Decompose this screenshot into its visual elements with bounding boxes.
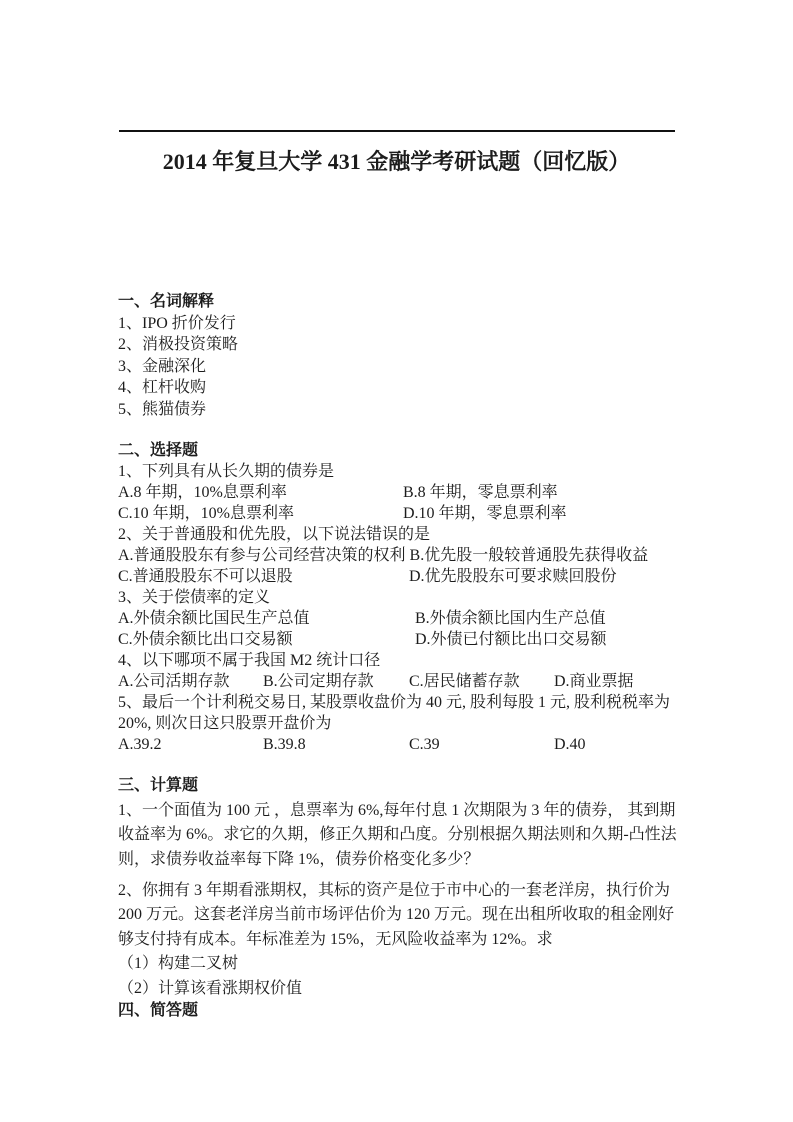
q2-stem: 2、关于普通股和优先股，以下说法错误的是 <box>118 524 678 545</box>
term-item: 1、IPO 折价发行 <box>118 313 678 335</box>
q5-stem-line-2: 20%, 则次日这只股票开盘价为 <box>118 713 678 734</box>
q4-options-row: A.公司活期存款 B.公司定期存款 C.居民储蓄存款 D.商业票据 <box>118 671 678 692</box>
calc-q2-line: 够支付持有成本。年标准差为 15%，无风险收益率为 12%。求 <box>118 928 678 953</box>
q4-option-c: C.居民储蓄存款 <box>409 671 520 692</box>
q4-stem: 4、以下哪项不属于我国 M2 统计口径 <box>118 650 678 671</box>
q1-options-row-1: A.8 年期，10%息票利率 B.8 年期，零息票利率 <box>118 482 678 503</box>
q2-options-ab: A.普通股股东有参与公司经营决策的权利 B.优先股一般较普通股先获得收益 <box>118 545 678 566</box>
q1-option-c: C.10 年期，10%息票利率 <box>118 505 294 522</box>
q1-options-row-2: C.10 年期，10%息票利率 D.10 年期，零息票利率 <box>118 503 678 524</box>
q5-option-d: D.40 <box>554 734 586 755</box>
q4-option-d: D.商业票据 <box>554 671 634 692</box>
q3-stem: 3、关于偿债率的定义 <box>118 587 678 608</box>
header-rule <box>119 130 675 132</box>
q1-option-a: A.8 年期，10%息票利率 <box>118 484 287 501</box>
calc-q2-subitem: （1）构建二叉树 <box>118 952 678 977</box>
calc-q1-line: 1、一个面值为 100 元 ，息票率为 6%,每年付息 1 次期限为 3 年的债… <box>118 799 678 824</box>
terms-section: 一、名词解释 1、IPO 折价发行 2、消极投资策略 3、金融深化 4、杠杆收购… <box>118 291 678 420</box>
q3-option-c: C.外债余额比出口交易额 <box>118 631 293 648</box>
short-answer-heading: 四、简答题 <box>118 1000 678 1022</box>
terms-heading: 一、名词解释 <box>118 291 678 313</box>
q5-stem-line-1: 5、最后一个计利税交易日, 某股票收盘价为 40 元, 股利每股 1 元, 股利… <box>118 692 678 713</box>
term-item: 3、金融深化 <box>118 356 678 378</box>
calc-q2-line: 2、你拥有 3 年期看涨期权，其标的资产是位于市中心的一套老洋房，执行价为 <box>118 879 678 904</box>
calc-q1-line: 则，求债券收益率每下降 1%，债券价格变化多少？ <box>118 848 678 873</box>
q5-option-c: C.39 <box>409 734 440 755</box>
term-item: 2、消极投资策略 <box>118 334 678 356</box>
choices-heading: 二、选择题 <box>118 440 678 461</box>
q4-option-b: B.公司定期存款 <box>263 671 374 692</box>
short-answer-section: 四、简答题 <box>118 1000 678 1022</box>
term-item: 4、杠杆收购 <box>118 377 678 399</box>
q2-options-row-2: C.普通股股东不可以退股 D.优先股股东可要求赎回股份 <box>118 566 678 587</box>
q3-option-d: D.外债已付额比出口交易额 <box>415 629 607 650</box>
q1-option-d: D.10 年期，零息票利率 <box>403 503 567 524</box>
q1-option-b: B.8 年期，零息票利率 <box>403 482 558 503</box>
q3-options-row-1: A.外债余额比国民生产总值 B.外债余额比国内生产总值 <box>118 608 678 629</box>
q5-option-b: B.39.8 <box>263 734 306 755</box>
calc-q1-line: 收益率为 6%。求它的久期，修正久期和凸度。分别根据久期法则和久期-凸性法 <box>118 823 678 848</box>
calc-q2-line: 200 万元。这套老洋房当前市场评估价为 120 万元。现在出租所收取的租金刚好 <box>118 903 678 928</box>
q3-option-a: A.外债余额比国民生产总值 <box>118 610 310 627</box>
calculations-heading: 三、计算题 <box>118 774 678 799</box>
q4-option-a: A.公司活期存款 <box>118 673 230 690</box>
choices-section: 二、选择题 1、下列具有从长久期的债券是 A.8 年期，10%息票利率 B.8 … <box>118 440 678 755</box>
q3-option-b: B.外债余额比国内生产总值 <box>415 608 606 629</box>
calculations-section: 三、计算题 1、一个面值为 100 元 ，息票率为 6%,每年付息 1 次期限为… <box>118 774 678 1001</box>
document-page: 2014 年复旦大学 431 金融学考研试题（回忆版） 一、名词解释 1、IPO… <box>0 0 793 1122</box>
q2-option-c: C.普通股股东不可以退股 <box>118 568 293 585</box>
q5-option-a: A.39.2 <box>118 736 162 753</box>
q2-option-d: D.优先股股东可要求赎回股份 <box>409 566 617 587</box>
q1-stem: 1、下列具有从长久期的债券是 <box>118 461 678 482</box>
calc-q2-subitem: （2）计算该看涨期权价值 <box>118 977 678 1002</box>
document-title: 2014 年复旦大学 431 金融学考研试题（回忆版） <box>0 145 793 176</box>
q5-options-row: A.39.2 B.39.8 C.39 D.40 <box>118 734 678 755</box>
q3-options-row-2: C.外债余额比出口交易额 D.外债已付额比出口交易额 <box>118 629 678 650</box>
term-item: 5、熊猫债券 <box>118 399 678 421</box>
